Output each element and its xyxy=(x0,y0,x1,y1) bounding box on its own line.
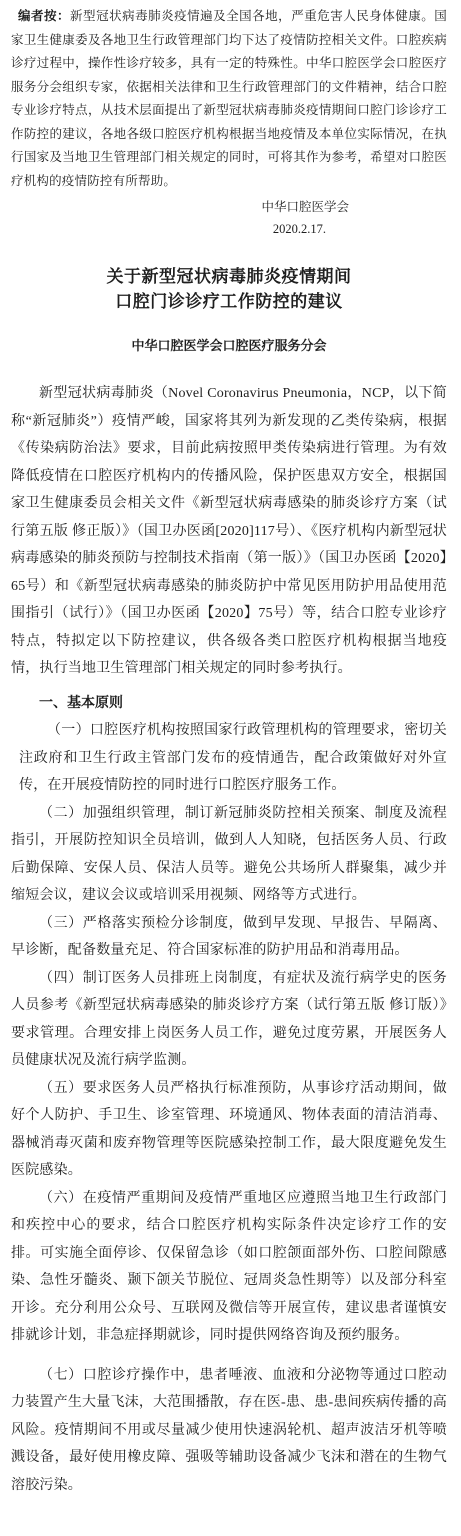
principle-item-1: （一）口腔医疗机构按照国家行政管理机构的管理要求，密切关注政府和卫生行政主管部门… xyxy=(11,717,447,800)
principle-item-4: （四）制订医务人员排班上岗制度，有症状及流行病学史的医务人员参考《新型冠状病毒感… xyxy=(11,965,447,1075)
editor-note: 编者按：新型冠状病毒肺炎疫情遍及全国各地，严重危害人民身体健康。国家卫生健康委及… xyxy=(11,5,447,193)
document-title: 关于新型冠状病毒肺炎疫情期间 口腔门诊诊疗工作防控的建议 xyxy=(11,264,447,314)
signature-date: 2020.2.17. xyxy=(11,218,447,240)
title-line-1: 关于新型冠状病毒肺炎疫情期间 xyxy=(11,264,447,289)
principle-item-2: （二）加强组织管理，制订新冠肺炎防控相关预案、制度及流程指引，开展防控知识全员培… xyxy=(11,800,447,910)
principle-item-6: （六）在疫情严重期间及疫情严重地区应遵照当地卫生行政部门和疾控中心的要求，结合口… xyxy=(11,1185,447,1350)
signature-block: 中华口腔医学会 2020.2.17. xyxy=(11,196,447,240)
document-author: 中华口腔医学会口腔医疗服务分会 xyxy=(11,337,447,354)
principle-item-3: （三）严格落实预检分诊制度，做到早发现、早报告、早隔离、早诊断，配备数量充足、符… xyxy=(11,910,447,965)
intro-paragraph: 新型冠状病毒肺炎（Novel Coronavirus Pneumonia，NCP… xyxy=(11,380,447,683)
principle-item-7: （七）口腔诊疗操作中，患者唾液、血液和分泌物等通过口腔动力装置产生大量飞沫，大范… xyxy=(11,1362,447,1500)
editor-note-label: 编者按： xyxy=(18,9,70,23)
section-heading-basic-principles: 一、基本原则 xyxy=(11,690,447,718)
title-line-2: 口腔门诊诊疗工作防控的建议 xyxy=(11,289,447,314)
editor-note-text: 新型冠状病毒肺炎疫情遍及全国各地，严重危害人民身体健康。国家卫生健康委及各地卫生… xyxy=(11,9,447,188)
signature-org: 中华口腔医学会 xyxy=(11,196,447,218)
principle-item-5: （五）要求医务人员严格执行标准预防，从事诊疗活动期间，做好个人防护、手卫生、诊室… xyxy=(11,1075,447,1185)
document-page: 编者按：新型冠状病毒肺炎疫情遍及全国各地，严重危害人民身体健康。国家卫生健康委及… xyxy=(0,0,461,1536)
